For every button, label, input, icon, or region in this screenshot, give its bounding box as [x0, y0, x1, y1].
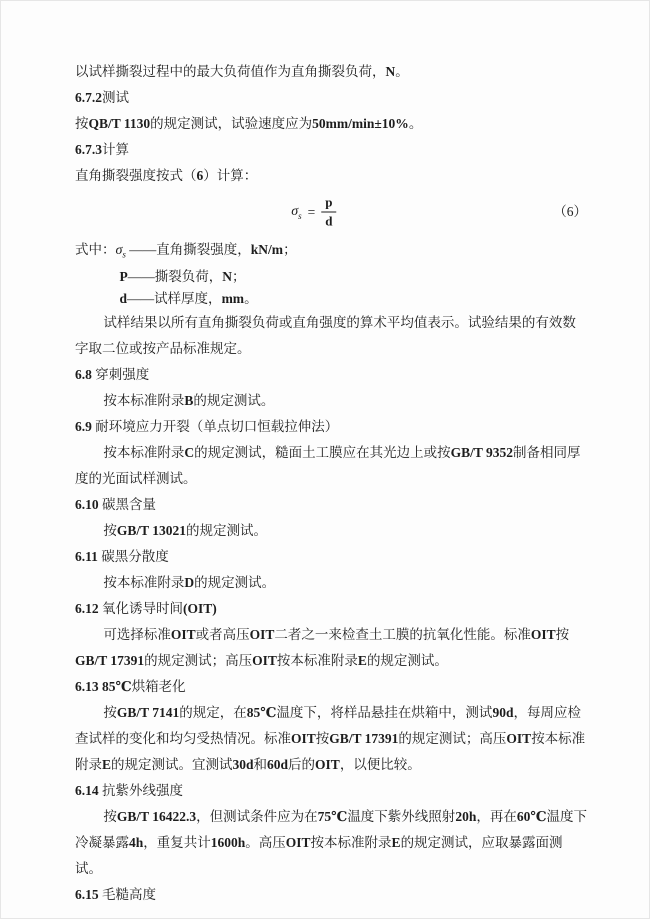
text-line: 以试样撕裂过程中的最大负荷值作为直角撕裂负荷，N。	[75, 59, 589, 85]
heading-6-7-2: 6.7.2测试	[75, 85, 589, 111]
document-page: 以试样撕裂过程中的最大负荷值作为直角撕裂负荷，N。 6.7.2测试 按QB/T …	[0, 0, 650, 919]
definition-prefix: 式中：	[75, 242, 116, 257]
paragraph: 按本标准附录D的规定测试。	[75, 570, 589, 596]
definition-sigma: 式中：σs ——直角撕裂强度，kN/m；	[75, 239, 589, 266]
paragraph: 可选择标准OIT或者高压OIT二者之一来检查土工膜的抗氧化性能。标准OIT按GB…	[75, 622, 589, 674]
heading-6-14: 6.14 抗紫外线强度	[75, 778, 589, 804]
page-content: 以试样撕裂过程中的最大负荷值作为直角撕裂负荷，N。 6.7.2测试 按QB/T …	[75, 59, 589, 908]
definition-load: P——撕裂负荷，N；	[75, 266, 589, 288]
paragraph: 试样结果以所有直角撕裂负荷或直角强度的算术平均值表示。试验结果的有效数字取二位或…	[75, 310, 589, 362]
paragraph: 按本标准附录C的规定测试，糙面土工膜应在其光边上或按GB/T 9352制备相同厚…	[75, 440, 589, 492]
fraction: pd	[321, 195, 336, 230]
equals-sign: =	[308, 199, 316, 225]
definition-thickness: d——试样厚度，mm。	[75, 288, 589, 310]
fraction-denominator: d	[321, 213, 336, 230]
fraction-numerator: p	[321, 195, 336, 213]
sigma-symbol: σ	[291, 204, 298, 219]
heading-6-7-3: 6.7.3计算	[75, 137, 589, 163]
paragraph: 按GB/T 16422.3，但测试条件应为在75℃温度下紫外线照射20h，再在6…	[75, 804, 589, 882]
heading-6-9: 6.9 耐环境应力开裂（单点切口恒载拉伸法）	[75, 414, 589, 440]
heading-6-10: 6.10 碳黑含量	[75, 492, 589, 518]
paragraph: 按GB/T 7141的规定，在85℃温度下，将样品悬挂在烘箱中，测试90d，每周…	[75, 700, 589, 778]
heading-6-12: 6.12 氧化诱导时间(OIT)	[75, 596, 589, 622]
heading-6-8: 6.8 穿刺强度	[75, 362, 589, 388]
heading-6-11: 6.11 碳黑分散度	[75, 544, 589, 570]
formula-row: σs=pd （6）	[75, 189, 589, 235]
paragraph: 按GB/T 13021的规定测试。	[75, 518, 589, 544]
heading-6-13: 6.13 85℃烘箱老化	[75, 674, 589, 700]
equation-number: （6）	[553, 199, 587, 225]
text-line: 按QB/T 1130的规定测试，试验速度应为50mm/min±10%。	[75, 111, 589, 137]
tear-strength-formula: σs=pd	[291, 195, 336, 230]
definition-text: ——直角撕裂强度，kN/m；	[126, 242, 297, 257]
text-line: 直角撕裂强度按式（6）计算：	[75, 163, 589, 189]
heading-6-15: 6.15 毛糙高度	[75, 882, 589, 908]
paragraph: 按本标准附录B的规定测试。	[75, 388, 589, 414]
sigma-subscript: s	[298, 211, 302, 221]
